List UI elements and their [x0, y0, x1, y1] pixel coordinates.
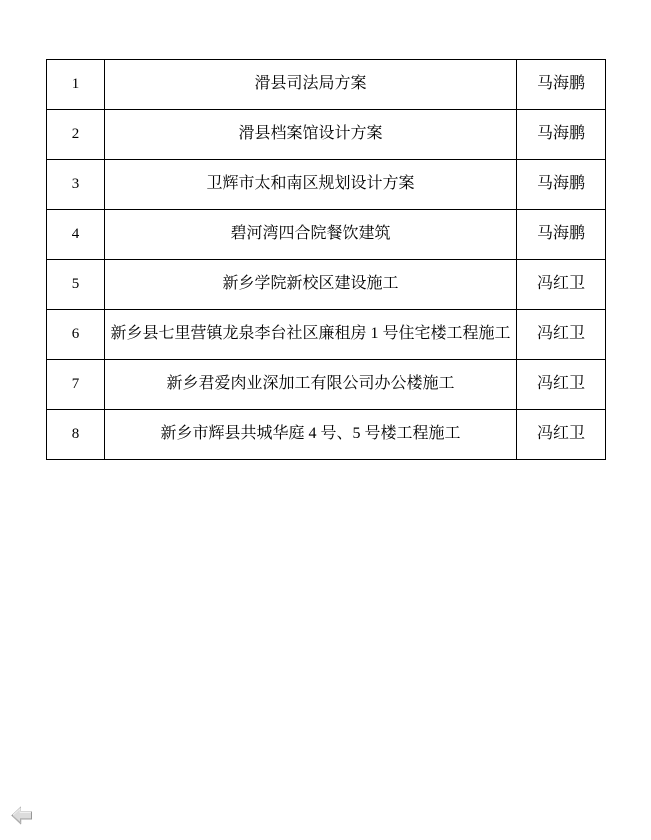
table-row: 2 滑县档案馆设计方案 马海鹏: [47, 110, 606, 160]
project-name-cell: 碧河湾四合院餐饮建筑: [105, 210, 517, 260]
table-row: 3 卫辉市太和南区规划设计方案 马海鹏: [47, 160, 606, 210]
table-row: 6 新乡县七里营镇龙泉李台社区廉租房 1 号住宅楼工程施工 冯红卫: [47, 310, 606, 360]
projects-table: 1 滑县司法局方案 马海鹏 2 滑县档案馆设计方案 马海鹏 3 卫辉市太和南区规…: [46, 59, 606, 460]
table-row: 7 新乡君爱肉业深加工有限公司办公楼施工 冯红卫: [47, 360, 606, 410]
project-name-cell: 滑县档案馆设计方案: [105, 110, 517, 160]
table-row: 5 新乡学院新校区建设施工 冯红卫: [47, 260, 606, 310]
designer-name-cell: 冯红卫: [517, 410, 606, 460]
designer-name-cell: 马海鹏: [517, 110, 606, 160]
table-row: 8 新乡市辉县共城华庭 4 号、5 号楼工程施工 冯红卫: [47, 410, 606, 460]
row-index-cell: 8: [47, 410, 105, 460]
project-name-cell: 滑县司法局方案: [105, 60, 517, 110]
project-name-cell: 新乡君爱肉业深加工有限公司办公楼施工: [105, 360, 517, 410]
project-name-cell: 新乡市辉县共城华庭 4 号、5 号楼工程施工: [105, 410, 517, 460]
row-index-cell: 1: [47, 60, 105, 110]
designer-name-cell: 马海鹏: [517, 210, 606, 260]
row-index-cell: 6: [47, 310, 105, 360]
table-row: 4 碧河湾四合院餐饮建筑 马海鹏: [47, 210, 606, 260]
row-index-cell: 5: [47, 260, 105, 310]
row-index-cell: 3: [47, 160, 105, 210]
row-index-cell: 4: [47, 210, 105, 260]
project-name-cell: 新乡县七里营镇龙泉李台社区廉租房 1 号住宅楼工程施工: [105, 310, 517, 360]
row-index-cell: 2: [47, 110, 105, 160]
row-index-cell: 7: [47, 360, 105, 410]
back-arrow-icon[interactable]: [11, 806, 33, 825]
designer-name-cell: 马海鹏: [517, 160, 606, 210]
designer-name-cell: 马海鹏: [517, 60, 606, 110]
table-row: 1 滑县司法局方案 马海鹏: [47, 60, 606, 110]
project-name-cell: 新乡学院新校区建设施工: [105, 260, 517, 310]
designer-name-cell: 冯红卫: [517, 360, 606, 410]
designer-name-cell: 冯红卫: [517, 310, 606, 360]
project-name-cell: 卫辉市太和南区规划设计方案: [105, 160, 517, 210]
designer-name-cell: 冯红卫: [517, 260, 606, 310]
